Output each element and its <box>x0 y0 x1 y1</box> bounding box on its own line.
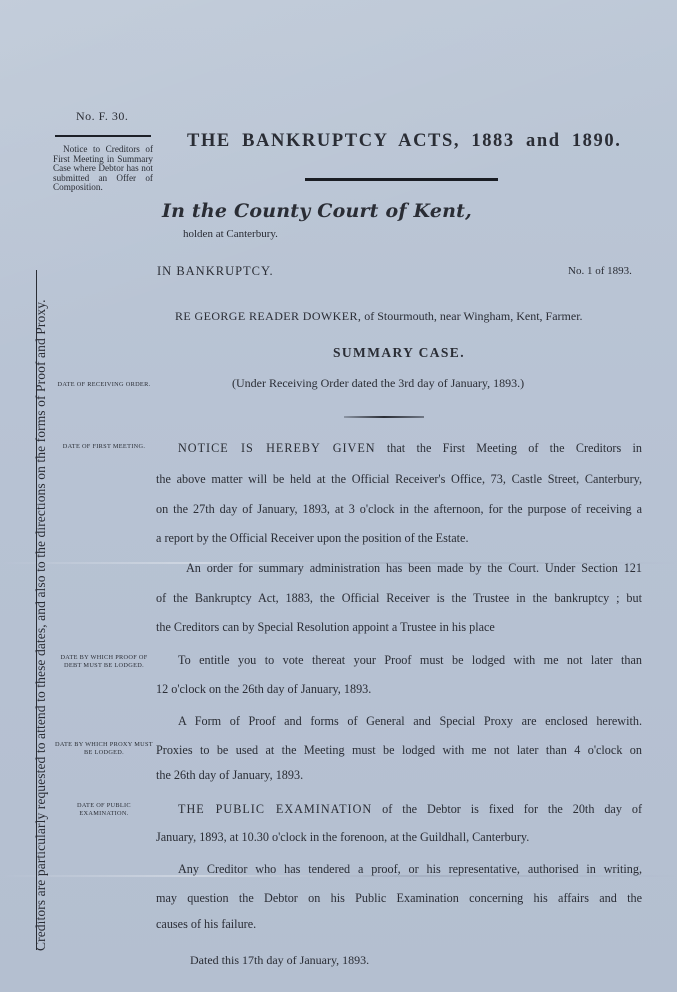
side-note-text: Creditors are particularly requested to … <box>33 236 49 951</box>
notice-line-1: NOTICE IS HEREBY GIVEN that the First Me… <box>156 441 642 456</box>
debtor-details: of Stourmouth, near Wingham, Kent, Farme… <box>364 309 582 323</box>
margin-label-first-meeting: Date of First Meeting. <box>52 443 156 451</box>
exam-line-2: January, 1893, at 10.30 o'clock in the f… <box>156 830 642 845</box>
margin-label-receiving-order: Date of Receiving Order. <box>52 381 156 389</box>
notice-line-4: a report by the Official Receiver upon t… <box>156 531 642 546</box>
margin-label-proof-lodged: Date by which Proof of Debt must be lodg… <box>52 654 156 669</box>
forms-line-2: Proxies to be used at the Meeting must b… <box>156 743 642 758</box>
order-line-2: of the Bankruptcy Act, 1883, the Officia… <box>156 591 642 606</box>
vote-line-1: To entitle you to vote thereat your Proo… <box>156 653 642 668</box>
court-location: holden at Canterbury. <box>183 228 278 240</box>
court-name: In the County Court of Kent, <box>162 200 472 222</box>
divider-rule <box>55 135 151 137</box>
margin-label-public-examination: Date of Public Examination. <box>52 802 156 817</box>
receiving-order-line: (Under Receiving Order dated the 3rd day… <box>232 376 524 391</box>
case-number: No. 1 of 1893. <box>568 265 632 277</box>
creditor-line-3: causes of his failure. <box>156 917 642 932</box>
debtor-name: RE GEORGE READER DOWKER, <box>175 309 361 323</box>
dated-line: Dated this 17th day of January, 1893. <box>190 953 369 968</box>
forms-line-3: the 26th day of January, 1893. <box>156 768 642 783</box>
notice-line-2: the above matter will be held at the Off… <box>156 472 642 487</box>
debtor-line: RE GEORGE READER DOWKER, of Stourmouth, … <box>175 309 583 324</box>
form-description: Notice to Creditors of First Meeting in … <box>53 145 153 193</box>
forms-line-1: A Form of Proof and forms of General and… <box>156 714 642 729</box>
creditor-line-2: may question the Debtor on his Public Ex… <box>156 891 642 906</box>
exam-heading: THE PUBLIC EXAMINATION <box>178 802 372 816</box>
document-title: THE BANKRUPTCY ACTS, 1883 and 1890. <box>187 131 621 152</box>
side-note: Creditors are particularly requested to … <box>33 236 51 951</box>
margin-label-proxy-lodged: Date by which Proxy must be lodged. <box>52 741 156 756</box>
order-line-3: the Creditors can by Special Resolution … <box>156 620 642 635</box>
in-bankruptcy-heading: IN BANKRUPTCY. <box>157 264 274 279</box>
vote-line-2: 12 o'clock on the 26th day of January, 1… <box>156 682 642 697</box>
order-line-1: An order for summary administration has … <box>156 561 642 576</box>
title-rule <box>305 178 498 181</box>
section-rule <box>344 416 424 418</box>
form-number: No. F. 30. <box>76 109 128 124</box>
exam-line-1: THE PUBLIC EXAMINATION of the Debtor is … <box>156 802 642 817</box>
creditor-line-1: Any Creditor who has tendered a proof, o… <box>156 862 642 877</box>
notice-heading: NOTICE IS HEREBY GIVEN <box>178 441 376 455</box>
notice-line-3: on the 27th day of January, 1893, at 3 o… <box>156 502 642 517</box>
case-type-heading: SUMMARY CASE. <box>333 345 465 361</box>
